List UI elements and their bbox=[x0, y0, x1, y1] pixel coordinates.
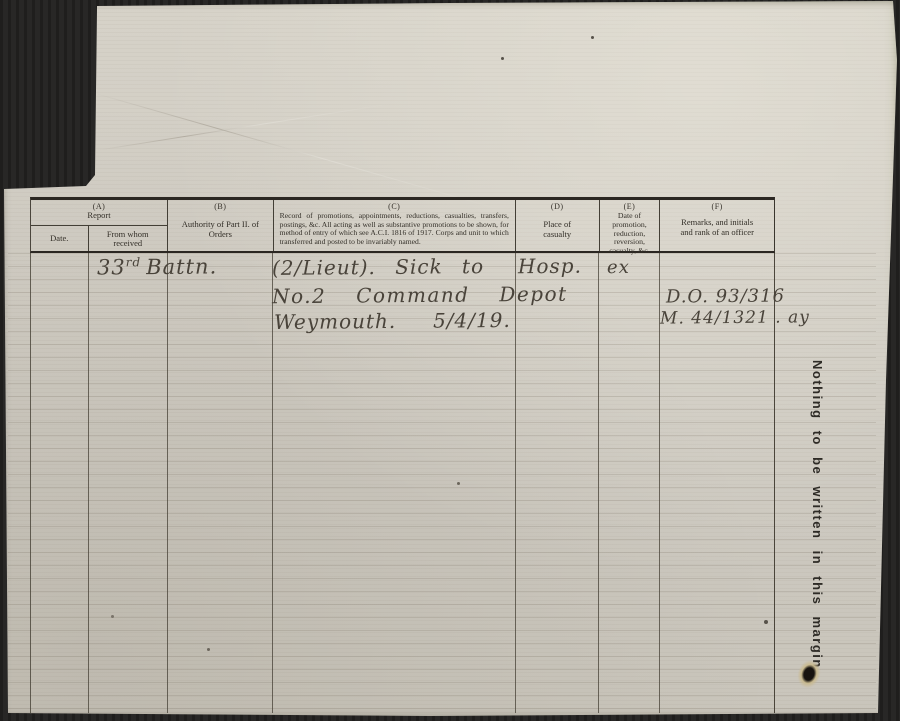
column-c-record: (C) Record of promotions, appointments, … bbox=[274, 200, 516, 251]
document-page: (A) Report Date. From whom received (B) … bbox=[0, 0, 900, 721]
handwritten-ex: ex bbox=[607, 257, 630, 278]
column-d-title: Place of casualty bbox=[534, 220, 580, 239]
column-a-subheadings: Date. From whom received bbox=[31, 226, 167, 251]
column-c-title: Record of promotions, appointments, redu… bbox=[274, 211, 515, 247]
handwritten-unit: 33rdBattn. bbox=[97, 254, 217, 279]
handwritten-place: Hosp. bbox=[518, 254, 582, 279]
margin-instruction: Nothing to be written in this margin. bbox=[810, 360, 825, 674]
form-header-row: (A) Report Date. From whom received (B) … bbox=[30, 197, 775, 253]
handwritten-remarks-line1: D.O. 93/316 bbox=[666, 285, 785, 307]
handwritten-record-line3: Weymouth. 5/4/19. bbox=[274, 308, 511, 334]
unit-ordinal: rd bbox=[126, 255, 142, 269]
subcolumn-from-whom: From whom received bbox=[89, 226, 167, 251]
handwritten-record-line2: No.2 Command Depot bbox=[272, 282, 568, 309]
body-col-date-of bbox=[599, 253, 660, 713]
column-a-report: (A) Report Date. From whom received bbox=[31, 200, 168, 251]
paper-crease bbox=[92, 92, 506, 211]
column-b-authority: (B) Authority of Part II. of Orders bbox=[168, 200, 274, 251]
paper-speck bbox=[457, 482, 460, 485]
column-b-title: Authority of Part II. of Orders bbox=[178, 219, 262, 239]
paper-speck bbox=[764, 620, 768, 624]
column-e-label: (E) bbox=[624, 200, 636, 211]
body-col-from-whom bbox=[89, 253, 168, 713]
column-e-title: Date of promotion, reduction, reversion,… bbox=[601, 212, 657, 256]
column-a-title: Report bbox=[31, 211, 167, 221]
column-f-remarks: (F) Remarks, and initials and rank of an… bbox=[660, 200, 774, 251]
column-f-label: (F) bbox=[712, 200, 723, 211]
paper-speck bbox=[111, 615, 114, 618]
paper-crease bbox=[96, 103, 392, 151]
scanned-document-view: (A) Report Date. From whom received (B) … bbox=[0, 0, 900, 721]
unit-number: 33 bbox=[97, 255, 126, 279]
unit-name: Battn. bbox=[146, 254, 217, 279]
column-d-place: (D) Place of casualty bbox=[516, 200, 600, 251]
handwritten-record-line1: (2/Lieut). Sick to bbox=[272, 254, 484, 280]
column-a-heading: (A) Report bbox=[31, 200, 167, 226]
column-c-label: (C) bbox=[388, 200, 400, 211]
handwritten-remarks-line2: M. 44/1321 . ay bbox=[660, 307, 810, 328]
paper-speck bbox=[207, 648, 210, 651]
column-e-date: (E) Date of promotion, reduction, revers… bbox=[600, 200, 661, 251]
paper-speck bbox=[501, 57, 504, 60]
paper-speck bbox=[591, 36, 594, 39]
body-col-date bbox=[31, 253, 89, 713]
column-f-title: Remarks, and initials and rank of an off… bbox=[676, 218, 758, 237]
column-d-label: (D) bbox=[551, 200, 564, 211]
body-col-place bbox=[516, 253, 600, 713]
body-col-authority bbox=[168, 253, 274, 713]
column-b-label: (B) bbox=[214, 200, 226, 211]
subcolumn-date: Date. bbox=[31, 226, 89, 251]
